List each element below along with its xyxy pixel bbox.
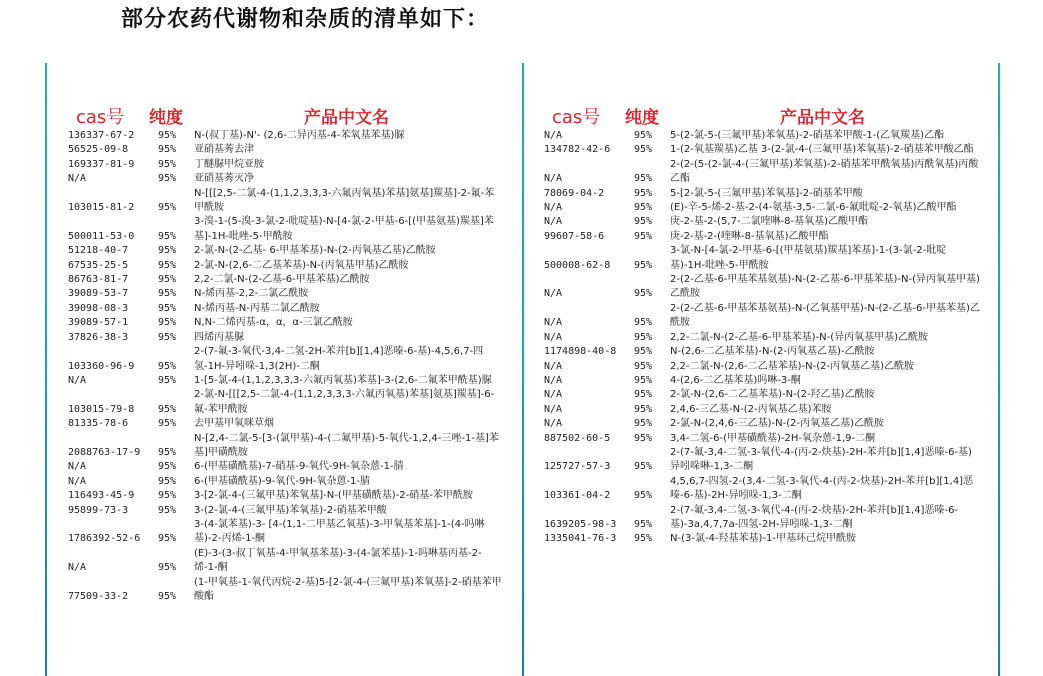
name-cell: 2,4,6-三乙基-N-(2-丙氧基乙基)苯胺 [670, 403, 980, 417]
name-cell: 2-(2-乙基-6-甲基苯基氨基)-N-(乙氧基甲基)-N-(2-乙基-6-甲基… [670, 302, 980, 331]
table-row: 103015-81-295%N-[[[2,5-二氯-4-(1,1,2,3,3,3… [68, 187, 513, 216]
cas-cell: 125727-57-3 [544, 460, 634, 474]
purity-cell: 95% [158, 504, 194, 518]
table-row: 134782-42-695%1-(2-氧基羰基)乙基 3-(2-氯-4-(三氟甲… [544, 143, 994, 157]
table-row: N/A95%6-(甲基磺酰基)-7-硝基-9-氧代-9H-氧杂蒽-1-腈 [68, 460, 513, 474]
cas-cell: 67535-25-5 [68, 259, 158, 273]
name-cell: 3-氯-N-[4-氯-2-甲基-6-[(甲基氨基)羰基]苯基]-1-(3-氯-2… [670, 244, 980, 273]
purity-cell: 95% [634, 518, 670, 532]
cas-cell: N/A [544, 316, 634, 330]
cas-cell: 1786392-52-6 [68, 532, 158, 546]
cas-cell: 2088763-17-9 [68, 446, 158, 460]
cas-cell: N/A [544, 172, 634, 186]
name-cell: (E)-辛-5-烯-2-基-2-(4-氨基-3,5-二氯-6-氟吡啶-2-氧基)… [670, 201, 980, 215]
name-cell: 5-(2-氯-5-(三氟甲基)苯氧基)-2-硝基苯甲酸-1-(乙氧羰基)乙酯 [670, 129, 980, 143]
name-cell: 4-(2,6-二乙基苯基)吗啉-3-酮 [670, 374, 980, 388]
table-row: 103015-79-895%2-氯-N-[[[2,5-二氯-4-(1,1,2,3… [68, 388, 513, 417]
purity-cell: 95% [634, 187, 670, 201]
table-row: 103361-04-295%4,5,6,7-四氢-2-(3,4-二氢-3-氧代-… [544, 475, 994, 504]
table-row: N/A95%2,2-二氯-N-(2-乙基-6-甲基苯基)-N-(异丙氧基甲基)乙… [544, 331, 994, 345]
page-title: 部分农药代谢物和杂质的清单如下： [121, 2, 489, 33]
purity-cell: 95% [158, 532, 194, 546]
cas-cell: 103015-81-2 [68, 201, 158, 215]
name-cell: 2,2-二氯-N-(2,6-二乙基苯基)-N-(2-丙氧基乙基)乙酰胺 [670, 360, 980, 374]
cas-cell: N/A [544, 129, 634, 143]
table-row: 81335-78-695%去甲基甲氧咪草烟 [68, 417, 513, 431]
cas-cell: N/A [68, 475, 158, 489]
purity-cell: 95% [158, 287, 194, 301]
cas-cell: 78069-04-2 [544, 187, 634, 201]
purity-cell: 95% [634, 460, 670, 474]
table-row: N/A95%2-(2-(5-(2-氯-4-(三氟甲基)苯氧基)-2-硝基苯甲酰氧… [544, 158, 994, 187]
cas-cell: N/A [544, 403, 634, 417]
name-cell: 2-氯-N-(2,4,6-三乙基)-N-(2-丙氧基乙基)乙酰胺 [670, 417, 980, 431]
cas-cell: N/A [544, 287, 634, 301]
purity-cell: 95% [634, 345, 670, 359]
name-cell: 亚硝基莠灭净 [194, 172, 504, 186]
cas-cell: 39098-08-3 [68, 302, 158, 316]
cas-cell: 39089-53-7 [68, 287, 158, 301]
table-header: cas号 纯度 产品中文名 [544, 103, 994, 129]
cas-cell: N/A [544, 201, 634, 215]
cas-cell: 103360-96-9 [68, 360, 158, 374]
table-row: 887502-60-595%3,4-二氢-6-(甲基磺酰基)-2H-氧杂蒽-1,… [544, 432, 994, 446]
cas-cell: 99607-58-6 [544, 230, 634, 244]
name-cell: 2-氯-N-(2,6-二乙基苯基)-N-(2-羟乙基)乙酰胺 [670, 388, 980, 402]
table-row: 500008-62-895%3-氯-N-[4-氯-2-甲基-6-[(甲基氨基)羰… [544, 244, 994, 273]
table-row: 67535-25-595%2-氯-N-(2,6-二乙基苯基)-N-(丙氧基甲基)… [68, 259, 513, 273]
name-cell: 2,2-二氯-N-(2-乙基-6-甲基苯基)乙酰胺 [194, 273, 504, 287]
name-cell: 3-(4-氯苯基)-3- [4-(1,1-二甲基乙氧基)-3-甲氧基苯基]-1-… [194, 518, 504, 547]
cas-cell: 51218-40-7 [68, 244, 158, 258]
name-cell: 4,5,6,7-四氢-2-(3,4-二氢-3-氧代-4-(丙-2-炔基)-2H-… [670, 475, 980, 504]
name-cell: 庚-2-基-2-(喹啉-8-基氧基)乙酸甲酯 [670, 230, 980, 244]
table-row: N/A95%2,2-二氯-N-(2,6-二乙基苯基)-N-(2-丙氧基乙基)乙酰… [544, 360, 994, 374]
table-body: 136337-67-295%N-(叔丁基)-N'- (2,6-二异丙基-4-苯氧… [68, 129, 513, 604]
name-cell: N-[2,4-二氯-5-[3-(氯甲基)-4-(二氟甲基)-5-氧代-1,2,4… [194, 432, 504, 461]
cas-cell: N/A [544, 374, 634, 388]
table-row: 500011-53-095%3-溴-1-(5-溴-3-氯-2-吡啶基)-N-[4… [68, 215, 513, 244]
purity-cell: 95% [158, 302, 194, 316]
name-cell: 2-氯-N-(2-乙基- 6-甲基苯基)-N-(2-丙氧基乙基)乙酰胺 [194, 244, 504, 258]
table-row: 136337-67-295%N-(叔丁基)-N'- (2,6-二异丙基-4-苯氧… [68, 129, 513, 143]
cas-cell: 103015-79-8 [68, 403, 158, 417]
table-row: 125727-57-395%2-(7-氟-3,4-二氢-3-氧代-4-(丙-2-… [544, 446, 994, 475]
name-cell: 庚-2-基-2-(5,7-二氯喹啉-8-基氧基)乙酸甲酯 [670, 215, 980, 229]
table-row: 1335041-76-395%N-(3-氯-4-羟基苯基)-1-甲基环己烷甲酰胺 [544, 532, 994, 546]
table-row: N/A95%2-氯-N-(2,4,6-三乙基)-N-(2-丙氧基乙基)乙酰胺 [544, 417, 994, 431]
cas-cell: 39089-57-1 [68, 316, 158, 330]
name-cell: 3,4-二氢-6-(甲基磺酰基)-2H-氧杂蒽-1,9-二酮 [670, 432, 980, 446]
name-cell: 2-(2-乙基-6-甲基苯基氨基)-N-(2-乙基-6-甲基苯基)-N-(异丙氧… [670, 273, 980, 302]
table-row: 2088763-17-995%N-[2,4-二氯-5-[3-(氯甲基)-4-(二… [68, 432, 513, 461]
header-purity: 纯度 [625, 103, 659, 128]
purity-cell: 95% [634, 287, 670, 301]
divider-line-middle [522, 63, 524, 676]
table-row: 39089-57-195%N,N-二烯丙基-α，α，α-三氯乙酰胺 [68, 316, 513, 330]
header-purity: 纯度 [149, 103, 183, 128]
cas-cell: 887502-60-5 [544, 432, 634, 446]
name-cell: 2-(7-氟-3,4-二氢-3-氧代-4-(丙-2-炔基)-2H-苯并[b][1… [670, 446, 980, 475]
table-row: N/A95%(E)-3-(3-叔丁氧基-4-甲氧基苯基)-3-(4-氯苯基)-1… [68, 547, 513, 576]
purity-cell: 95% [634, 316, 670, 330]
name-cell: 2-(7-氟-3,4-二氢-3-氧代-4-(丙-2-炔基)-2H-苯并[b][1… [670, 504, 980, 533]
table-row: 1786392-52-695%3-(4-氯苯基)-3- [4-(1,1-二甲基乙… [68, 518, 513, 547]
cas-cell: 134782-42-6 [544, 143, 634, 157]
table-row: 99607-58-695%庚-2-基-2-(喹啉-8-基氧基)乙酸甲酯 [544, 230, 994, 244]
table-row: N/A95%亚硝基莠灭净 [68, 172, 513, 186]
table-row: 95899-73-395%3-(2-氯-4-(三氟甲基)苯氧基)-2-硝基苯甲酸 [68, 504, 513, 518]
header-cas: cas号 [76, 103, 124, 129]
purity-cell: 95% [158, 561, 194, 575]
purity-cell: 95% [634, 331, 670, 345]
divider-line-right [998, 63, 1000, 676]
table-row: 169337-81-995%丁醚脲甲烷亚胺 [68, 158, 513, 172]
name-cell: 丁醚脲甲烷亚胺 [194, 158, 504, 172]
purity-cell: 95% [634, 172, 670, 186]
purity-cell: 95% [158, 374, 194, 388]
header-name: 产品中文名 [780, 103, 865, 128]
name-cell: N-(2,6-二乙基苯基)-N-(2-丙氧基乙基)-乙酰胺 [670, 345, 980, 359]
cas-cell: 500011-53-0 [68, 230, 158, 244]
purity-cell: 95% [158, 143, 194, 157]
table-row: 1639205-98-395%2-(7-氟-3,4-二氢-3-氧代-4-(丙-2… [544, 504, 994, 533]
purity-cell: 95% [158, 489, 194, 503]
cas-cell: 1174898-40-8 [544, 345, 634, 359]
purity-cell: 95% [634, 143, 670, 157]
purity-cell: 95% [634, 532, 670, 546]
purity-cell: 95% [158, 230, 194, 244]
name-cell: 2-(2-(5-(2-氯-4-(三氟甲基)苯氧基)-2-硝基苯甲酰氧基)丙酰氧基… [670, 158, 980, 187]
table-row: N/A95%庚-2-基-2-(5,7-二氯喹啉-8-基氧基)乙酸甲酯 [544, 215, 994, 229]
left-table: cas号 纯度 产品中文名 136337-67-295%N-(叔丁基)-N'- … [68, 103, 513, 604]
name-cell: 5-[2-氯-5-(三氟甲基)苯氧基]-2-硝基苯甲酸 [670, 187, 980, 201]
purity-cell: 95% [158, 460, 194, 474]
name-cell: 2-氯-N-[[[2,5-二氯-4-(1,1,2,3,3,3-六氟丙氧基)苯基]… [194, 388, 504, 417]
purity-cell: 95% [634, 432, 670, 446]
name-cell: (1-甲氧基-1-氧代丙烷-2-基)5-[2-氯-4-(三氟甲基)苯氧基]-2-… [194, 576, 504, 605]
cas-cell: 81335-78-6 [68, 417, 158, 431]
table-row: 39098-08-395%N-烯丙基-N-丙基二氯乙酰胺 [68, 302, 513, 316]
cas-cell: N/A [544, 360, 634, 374]
cas-cell: 169337-81-9 [68, 158, 158, 172]
purity-cell: 95% [634, 230, 670, 244]
purity-cell: 95% [634, 129, 670, 143]
name-cell: N,N-二烯丙基-α，α，α-三氯乙酰胺 [194, 316, 504, 330]
name-cell: 亚硝基莠去津 [194, 143, 504, 157]
purity-cell: 95% [634, 374, 670, 388]
divider-line-left [45, 63, 47, 676]
purity-cell: 95% [158, 158, 194, 172]
name-cell: 2-(7-氟-3-氧代-3,4-二氢-2H-苯并[b][1,4]恶嗪-6-基)-… [194, 345, 504, 374]
table-row: 103360-96-995%2-(7-氟-3-氧代-3,4-二氢-2H-苯并[b… [68, 345, 513, 374]
purity-cell: 95% [158, 360, 194, 374]
name-cell: N-(3-氯-4-羟基苯基)-1-甲基环己烷甲酰胺 [670, 532, 980, 546]
purity-cell: 95% [634, 403, 670, 417]
table-row: N/A95%1-[5-氯-4-(1,1,2,3,3,3-六氟丙氧基)苯基]-3-… [68, 374, 513, 388]
table-row: N/A95%6-(甲基磺酰基)-9-氧代-9H-氧杂蒽-1-腈 [68, 475, 513, 489]
table-row: 39089-53-795%N-烯丙基-2,2-二氯乙酰胺 [68, 287, 513, 301]
purity-cell: 95% [158, 201, 194, 215]
purity-cell: 95% [158, 259, 194, 273]
table-row: N/A95%(E)-辛-5-烯-2-基-2-(4-氨基-3,5-二氯-6-氟吡啶… [544, 201, 994, 215]
purity-cell: 95% [634, 215, 670, 229]
table-row: N/A95%5-(2-氯-5-(三氟甲基)苯氧基)-2-硝基苯甲酸-1-(乙氧羰… [544, 129, 994, 143]
name-cell: 2,2-二氯-N-(2-乙基-6-甲基苯基)-N-(异丙氧基甲基)乙酰胺 [670, 331, 980, 345]
purity-cell: 95% [634, 417, 670, 431]
name-cell: (E)-3-(3-叔丁氧基-4-甲氧基苯基)-3-(4-氯苯基)-1-吗啉基丙基… [194, 547, 504, 576]
cas-cell: N/A [544, 417, 634, 431]
cas-cell: N/A [68, 172, 158, 186]
cas-cell: 136337-67-2 [68, 129, 158, 143]
table-row: N/A95%2-(2-乙基-6-甲基苯基氨基)-N-(乙氧基甲基)-N-(2-乙… [544, 302, 994, 331]
name-cell: N-(叔丁基)-N'- (2,6-二异丙基-4-苯氧基苯基)脲 [194, 129, 504, 143]
cas-cell: N/A [68, 374, 158, 388]
cas-cell: N/A [68, 460, 158, 474]
name-cell: 3-[2-氯-4-(三氟甲基)苯氧基]-N-(甲基磺酰基)-2-硝基-苯甲酰胺 [194, 489, 504, 503]
name-cell: 去甲基甲氧咪草烟 [194, 417, 504, 431]
cas-cell: 1639205-98-3 [544, 518, 634, 532]
table-row: 78069-04-295%5-[2-氯-5-(三氟甲基)苯氧基]-2-硝基苯甲酸 [544, 187, 994, 201]
table-row: 116493-45-995%3-[2-氯-4-(三氟甲基)苯氧基]-N-(甲基磺… [68, 489, 513, 503]
purity-cell: 95% [158, 403, 194, 417]
table-row: 51218-40-795%2-氯-N-(2-乙基- 6-甲基苯基)-N-(2-丙… [68, 244, 513, 258]
table-header: cas号 纯度 产品中文名 [68, 103, 513, 129]
table-row: 56525-09-895%亚硝基莠去津 [68, 143, 513, 157]
cas-cell: 37826-38-3 [68, 331, 158, 345]
table-row: 86763-81-795%2,2-二氯-N-(2-乙基-6-甲基苯基)乙酰胺 [68, 273, 513, 287]
name-cell: 3-(2-氯-4-(三氟甲基)苯氧基)-2-硝基苯甲酸 [194, 504, 504, 518]
name-cell: 1-[5-氯-4-(1,1,2,3,3,3-六氟丙氧基)苯基]-3-(2,6-二… [194, 374, 504, 388]
table-row: N/A95%4-(2,6-二乙基苯基)吗啉-3-酮 [544, 374, 994, 388]
name-cell: N-[[[2,5-二氯-4-(1,1,2,3,3,3-六氟丙氧基)苯基]氨基]羰… [194, 187, 504, 216]
cas-cell: 500008-62-8 [544, 259, 634, 273]
purity-cell: 95% [158, 316, 194, 330]
cas-cell: N/A [68, 561, 158, 575]
purity-cell: 95% [158, 244, 194, 258]
cas-cell: 56525-09-8 [68, 143, 158, 157]
cas-cell: 1335041-76-3 [544, 532, 634, 546]
table-row: N/A95%2-(2-乙基-6-甲基苯基氨基)-N-(2-乙基-6-甲基苯基)-… [544, 273, 994, 302]
purity-cell: 95% [634, 360, 670, 374]
cas-cell: 86763-81-7 [68, 273, 158, 287]
cas-cell: 77509-33-2 [68, 590, 158, 604]
purity-cell: 95% [158, 475, 194, 489]
purity-cell: 95% [158, 446, 194, 460]
purity-cell: 95% [634, 388, 670, 402]
purity-cell: 95% [158, 172, 194, 186]
purity-cell: 95% [634, 201, 670, 215]
header-cas: cas号 [552, 103, 600, 129]
cas-cell: N/A [544, 215, 634, 229]
cas-cell: 95899-73-3 [68, 504, 158, 518]
cas-cell: 116493-45-9 [68, 489, 158, 503]
header-name: 产品中文名 [304, 103, 389, 128]
name-cell: 四烯丙基脲 [194, 331, 504, 345]
cas-cell: 103361-04-2 [544, 489, 634, 503]
purity-cell: 95% [158, 590, 194, 604]
table-row: 77509-33-295%(1-甲氧基-1-氧代丙烷-2-基)5-[2-氯-4-… [68, 576, 513, 605]
name-cell: 6-(甲基磺酰基)-9-氧代-9H-氧杂蒽-1-腈 [194, 475, 504, 489]
name-cell: N-烯丙基-2,2-二氯乙酰胺 [194, 287, 504, 301]
name-cell: 1-(2-氧基羰基)乙基 3-(2-氯-4-(三氟甲基)苯氧基)-2-硝基苯甲酸… [670, 143, 980, 157]
name-cell: 3-溴-1-(5-溴-3-氯-2-吡啶基)-N-[4-氯-2-甲基-6-[(甲基… [194, 215, 504, 244]
purity-cell: 95% [634, 489, 670, 503]
purity-cell: 95% [158, 273, 194, 287]
cas-cell: N/A [544, 388, 634, 402]
right-table: cas号 纯度 产品中文名 N/A95%5-(2-氯-5-(三氟甲基)苯氧基)-… [544, 103, 994, 547]
table-row: N/A95%2,4,6-三乙基-N-(2-丙氧基乙基)苯胺 [544, 403, 994, 417]
table-body: N/A95%5-(2-氯-5-(三氟甲基)苯氧基)-2-硝基苯甲酸-1-(乙氧羰… [544, 129, 994, 547]
table-row: N/A95%2-氯-N-(2,6-二乙基苯基)-N-(2-羟乙基)乙酰胺 [544, 388, 994, 402]
name-cell: N-烯丙基-N-丙基二氯乙酰胺 [194, 302, 504, 316]
table-row: 37826-38-395%四烯丙基脲 [68, 331, 513, 345]
table-row: 1174898-40-895%N-(2,6-二乙基苯基)-N-(2-丙氧基乙基)… [544, 345, 994, 359]
name-cell: 2-氯-N-(2,6-二乙基苯基)-N-(丙氧基甲基)乙酰胺 [194, 259, 504, 273]
purity-cell: 95% [158, 417, 194, 431]
purity-cell: 95% [634, 259, 670, 273]
purity-cell: 95% [158, 331, 194, 345]
cas-cell: N/A [544, 331, 634, 345]
purity-cell: 95% [158, 129, 194, 143]
name-cell: 6-(甲基磺酰基)-7-硝基-9-氧代-9H-氧杂蒽-1-腈 [194, 460, 504, 474]
